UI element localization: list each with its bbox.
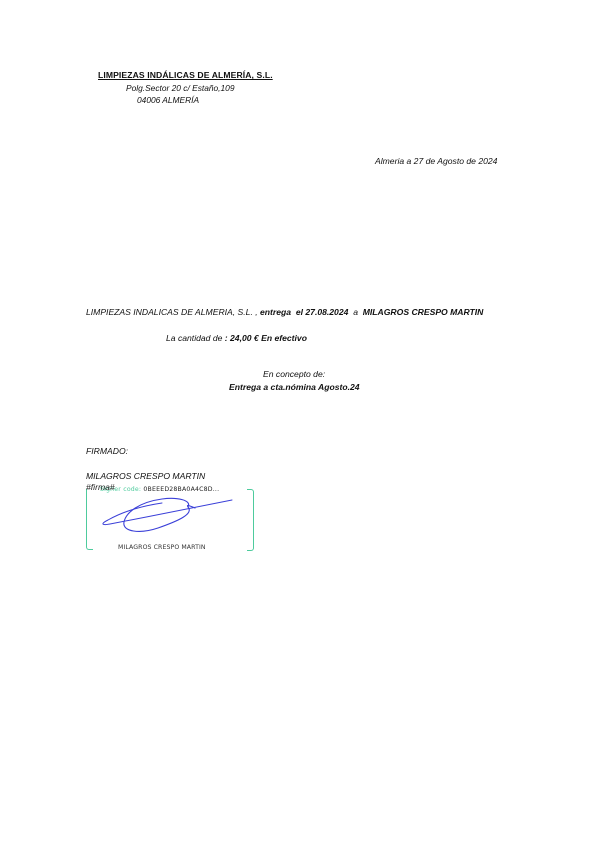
payer-name: LIMPIEZAS INDALICAS DE ALMERIA, S.L. ,	[86, 307, 258, 317]
amount-value: : 24,00 € En efectivo	[225, 333, 307, 343]
recipient-name: MILAGROS CRESPO MARTIN	[363, 307, 484, 317]
amount-line: La cantidad de : 24,00 € En efectivo	[166, 333, 307, 343]
company-address: Polg.Sector 20 c/ Estaño,109	[126, 83, 234, 93]
concept-value: Entrega a cta.nómina Agosto.24	[229, 382, 360, 392]
delivery-verb: entrega	[260, 307, 291, 317]
delivery-statement: LIMPIEZAS INDALICAS DE ALMERIA, S.L. , e…	[86, 307, 483, 317]
delivery-date: el 27.08.2024	[296, 307, 349, 317]
company-city: 04006 ALMERÍA	[137, 95, 199, 105]
concept-label: En concepto de:	[263, 369, 325, 379]
signature-box: Signer code: 0BEEED28BA0A4C8D... MILAGRO…	[86, 486, 254, 550]
signature-placeholder-tag: #firma#	[86, 482, 115, 492]
signed-label: FIRMADO:	[86, 446, 128, 456]
signer-name: MILAGROS CRESPO MARTIN	[86, 471, 205, 481]
delivery-connector: a	[353, 307, 358, 317]
handwritten-signature-icon	[92, 494, 242, 538]
company-name: LIMPIEZAS INDÁLICAS DE ALMERÍA, S.L.	[98, 70, 273, 80]
amount-label: La cantidad de	[166, 333, 222, 343]
signer-code: Signer code: 0BEEED28BA0A4C8D...	[100, 486, 219, 493]
signature-printed-name: MILAGROS CRESPO MARTIN	[118, 544, 206, 551]
signature-frame-right	[247, 489, 254, 551]
date-line: Almeria a 27 de Agosto de 2024	[375, 156, 497, 166]
signer-code-value: 0BEEED28BA0A4C8D...	[143, 486, 219, 493]
